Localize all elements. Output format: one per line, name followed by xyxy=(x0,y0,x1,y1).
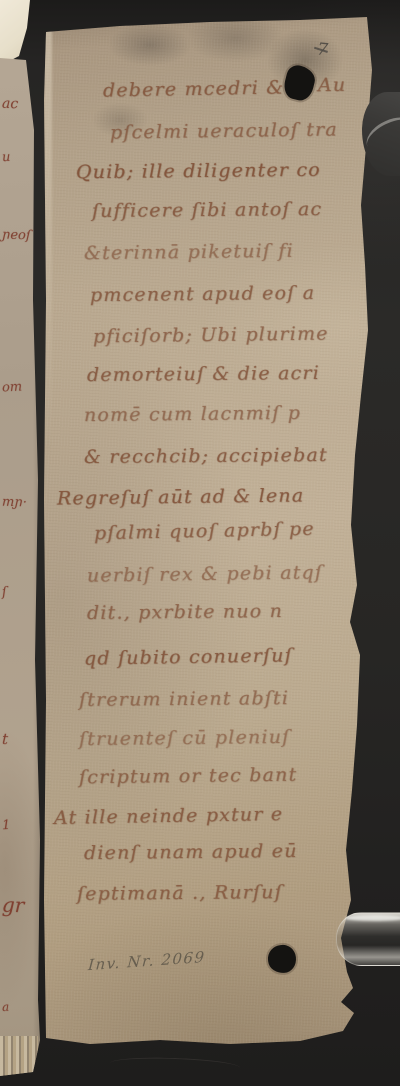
previous-folio-text-fragment: gr xyxy=(2,893,25,918)
manuscript-line: pſcelmi ueraculoſ tra xyxy=(110,118,338,143)
previous-folio-text-fragment: 1 xyxy=(2,818,11,833)
previous-folio-text-fragment: a xyxy=(2,1000,10,1014)
manuscript-line: ſtrerum inient abſti xyxy=(79,687,289,711)
page-weight-top xyxy=(362,92,400,176)
glass-weight-highlight xyxy=(345,915,400,921)
manuscript-line: &terinnā piketuiſ fi xyxy=(84,240,294,265)
manuscript-photo: acuɲeoſommɲ·ſt1gra debere mcedri &Aupſce… xyxy=(0,0,400,1086)
manuscript-line: pmcenent apud eoſ a xyxy=(90,282,315,306)
previous-folio-text-fragment: t xyxy=(2,730,9,748)
manuscript-line: pſalmi quoſ aprbſ pe xyxy=(94,518,315,545)
manuscript-line: Au xyxy=(318,74,347,96)
previous-folio-text-fragment: mɲ· xyxy=(2,495,27,511)
manuscript-line: Regreſuſ aūt ad & lena xyxy=(57,484,305,509)
manuscript-line: ſeptimanā ., Rurſuſ xyxy=(77,881,283,905)
manuscript-line: Quib; ille diligenter co xyxy=(76,159,321,184)
binding-fringe xyxy=(0,1036,38,1076)
manuscript-line: dit., pxrbite nuo n xyxy=(87,600,283,624)
previous-folio-text-fragment: u xyxy=(2,150,11,165)
manuscript-line: ſufficere ſibi antoſ ac xyxy=(92,198,323,222)
previous-folio-text-fragment: ɲeoſ xyxy=(2,228,31,244)
glass-weight-bottom xyxy=(336,912,400,966)
previous-folio-text-fragment: ſ xyxy=(2,585,8,600)
manuscript-line: & recchcib; accipiebat xyxy=(84,444,328,468)
manuscript-line: ſtruenteſ cū pleniuſ xyxy=(79,726,291,750)
manuscript-line: dienſ unam apud eū xyxy=(84,840,298,864)
manuscript-line: At ille neinde pxtur e xyxy=(54,803,284,829)
folio-number: 7 xyxy=(316,39,329,60)
page-weight-top-highlight xyxy=(361,110,400,161)
manuscript-line: pficiſorb; Ubi plurime xyxy=(93,323,329,348)
manuscript-line: uerbiſ rex & pebi atqſ xyxy=(87,561,323,586)
background-scratch xyxy=(110,1056,240,1076)
previous-folio-edge: acuɲeoſommɲ·ſt1gra xyxy=(0,0,48,1086)
manuscript-line: debere mcedri & xyxy=(103,76,285,101)
previous-folio-text-fragment: ac xyxy=(2,96,19,113)
manuscript-line: demorteiuſ & die acri xyxy=(87,362,320,386)
previous-folio-text-fragment: om xyxy=(2,379,23,395)
manuscript-line: nomē cum lacnmiſ p xyxy=(84,402,301,426)
manuscript-line: qd ſubito conuerſuſ xyxy=(84,644,293,669)
manuscript-line: ſcriptum or tec bant xyxy=(79,764,298,789)
